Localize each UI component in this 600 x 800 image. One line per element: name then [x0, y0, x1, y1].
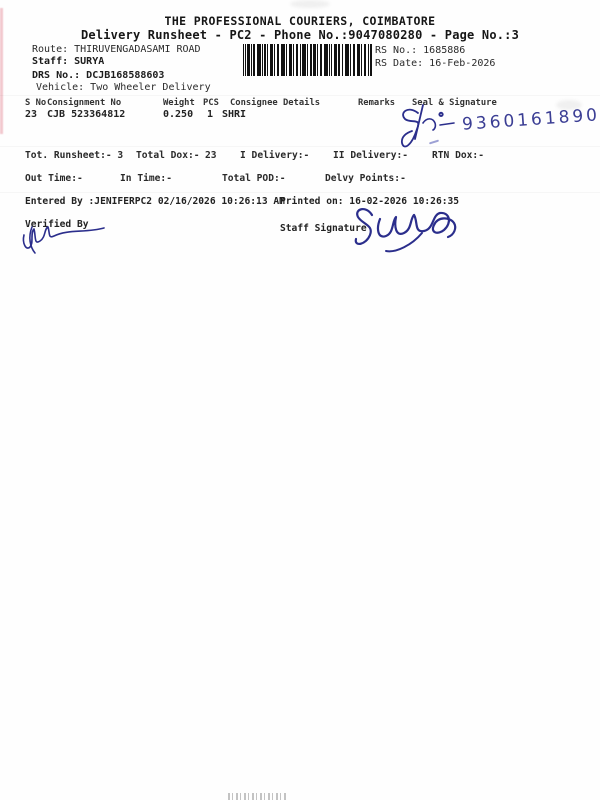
rs-barcode-icon — [243, 44, 373, 76]
document-title: THE PROFESSIONAL COURIERS, COIMBATORE — [0, 14, 600, 28]
bottom-barcode-fragment-icon — [228, 793, 286, 800]
col-header-consignment: Consignment No — [47, 98, 121, 108]
staff-field: Staff: SURYA — [32, 56, 104, 67]
consignee-signature-scribble — [396, 103, 458, 155]
cell-pcs: 1 — [207, 109, 213, 120]
total-dox-value: 23 — [205, 150, 217, 161]
col-header-pcs: PCS — [203, 98, 219, 108]
total-dox-label: Total Dox:- — [136, 150, 200, 161]
scanline — [0, 146, 600, 147]
scanline — [0, 95, 600, 96]
rs-no-field: RS No.: 1685886 — [375, 45, 465, 56]
vehicle-field: Vehicle: Two Wheeler Delivery — [36, 82, 211, 93]
ii-delivery-field: II Delivery:- — [333, 150, 408, 161]
scan-smudge — [290, 0, 330, 8]
handwritten-phone-number: 9360161890 — [461, 105, 600, 135]
rtn-dox-field: RTN Dox:- — [432, 150, 484, 161]
delivery-runsheet-document: THE PROFESSIONAL COURIERS, COIMBATORE De… — [0, 0, 600, 800]
tot-runsheet-field: Tot. Runsheet:- 3 — [25, 150, 123, 161]
col-header-weight: Weight — [163, 98, 195, 108]
col-header-sno: S No — [25, 98, 46, 108]
col-header-remarks: Remarks — [358, 98, 395, 108]
out-time-field: Out Time:- — [25, 173, 83, 184]
rs-date-field: RS Date: 16-Feb-2026 — [375, 58, 495, 69]
document-subtitle: Delivery Runsheet - PC2 - Phone No.:9047… — [0, 28, 600, 42]
total-pod-field: Total POD:- — [222, 173, 286, 184]
cell-sno: 23 — [25, 109, 37, 120]
scanline — [0, 192, 600, 193]
drs-no-field: DRS No.: DCJB168588603 — [32, 70, 164, 81]
cell-weight: 0.250 — [163, 109, 193, 120]
entered-by-field: Entered By :JENIFERPC2 02/16/2026 10:26:… — [25, 196, 285, 207]
cell-consignee: SHRI — [222, 109, 246, 120]
staff-signature-surya — [352, 203, 460, 259]
delvy-points-field: Delvy Points:- — [325, 173, 406, 184]
in-time-field: In Time:- — [120, 173, 172, 184]
verified-by-signature — [20, 221, 110, 255]
i-delivery-field: I Delivery:- — [240, 150, 309, 161]
col-header-consignee: Consignee Details — [230, 98, 320, 108]
cell-consignment: CJB 523364812 — [47, 109, 125, 120]
route-field: Route: THIRUVENGADASAMI ROAD — [32, 44, 201, 55]
